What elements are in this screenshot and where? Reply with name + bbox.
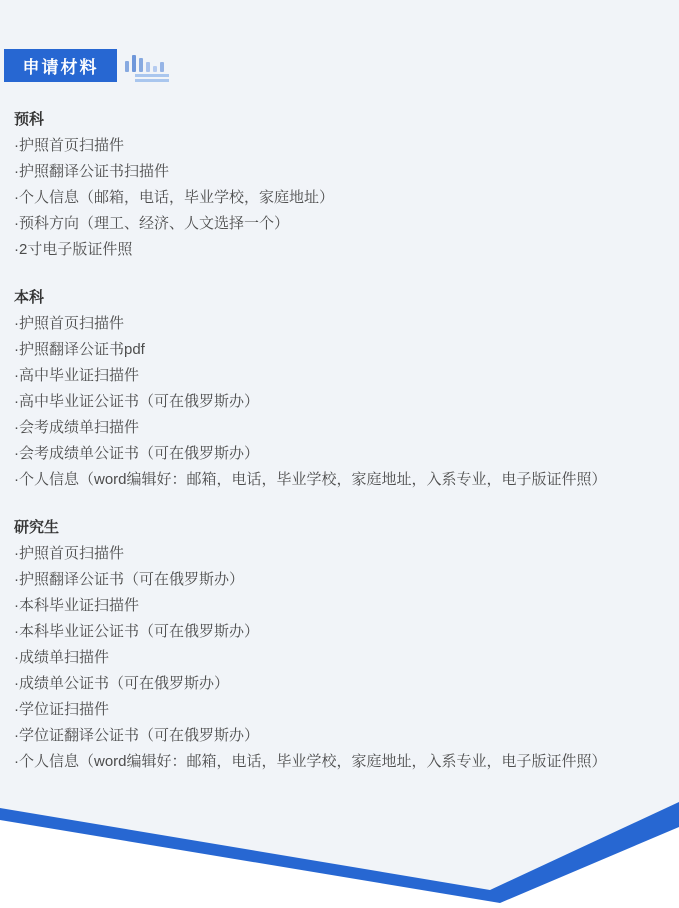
list-item: ·护照首页扫描件 <box>14 133 665 159</box>
badge-label: 申请材料 <box>23 53 99 78</box>
list-item: ·护照翻译公证书（可在俄罗斯办） <box>14 567 665 593</box>
section-title-badge: 申请材料 <box>4 49 117 82</box>
page: 申请材料 预科·护照首页扫描件·护照翻译公证书扫描件·个人信息（邮箱，电话，毕业… <box>0 0 679 908</box>
content-panel: 申请材料 预科·护照首页扫描件·护照翻译公证书扫描件·个人信息（邮箱，电话，毕业… <box>0 0 679 908</box>
list-item: ·个人信息（word编辑好：邮箱，电话，毕业学校，家庭地址，入系专业，电子版证件… <box>14 467 665 493</box>
list-item: ·高中毕业证公证书（可在俄罗斯办） <box>14 389 665 415</box>
bar-icon-bar <box>132 55 136 72</box>
list-item: ·个人信息（word编辑好：邮箱，电话，毕业学校，家庭地址，入系专业，电子版证件… <box>14 749 665 775</box>
list-item: ·成绩单公证书（可在俄罗斯办） <box>14 671 665 697</box>
material-section: 预科·护照首页扫描件·护照翻译公证书扫描件·个人信息（邮箱，电话，毕业学校，家庭… <box>14 107 665 263</box>
bar-icon-bar <box>146 62 150 72</box>
list-item: ·预科方向（理工、经济、人文选择一个） <box>14 211 665 237</box>
list-item: ·个人信息（邮箱，电话，毕业学校，家庭地址） <box>14 185 665 211</box>
bar-icon-bar <box>139 58 143 72</box>
list-item: ·高中毕业证扫描件 <box>14 363 665 389</box>
list-item: ·本科毕业证公证书（可在俄罗斯办） <box>14 619 665 645</box>
list-item: ·学位证扫描件 <box>14 697 665 723</box>
list-item: ·学位证翻译公证书（可在俄罗斯办） <box>14 723 665 749</box>
bar-icon-underline <box>135 74 169 77</box>
bar-chart-icon <box>125 54 173 82</box>
bar-icon-bar <box>125 61 129 72</box>
material-section: 本科·护照首页扫描件·护照翻译公证书pdf·高中毕业证扫描件·高中毕业证公证书（… <box>14 285 665 493</box>
section-title: 研究生 <box>14 515 665 541</box>
section-title: 预科 <box>14 107 665 133</box>
list-item: ·会考成绩单扫描件 <box>14 415 665 441</box>
list-item: ·成绩单扫描件 <box>14 645 665 671</box>
bar-icon-bar <box>153 66 157 72</box>
bar-icon-underline <box>135 79 169 82</box>
list-item: ·2寸电子版证件照 <box>14 237 665 263</box>
material-section: 研究生·护照首页扫描件·护照翻译公证书（可在俄罗斯办）·本科毕业证扫描件·本科毕… <box>14 515 665 775</box>
materials-list: 预科·护照首页扫描件·护照翻译公证书扫描件·个人信息（邮箱，电话，毕业学校，家庭… <box>14 107 665 775</box>
list-item: ·护照翻译公证书pdf <box>14 337 665 363</box>
list-item: ·护照首页扫描件 <box>14 541 665 567</box>
list-item: ·护照翻译公证书扫描件 <box>14 159 665 185</box>
list-item: ·会考成绩单公证书（可在俄罗斯办） <box>14 441 665 467</box>
list-item: ·护照首页扫描件 <box>14 311 665 337</box>
section-title: 本科 <box>14 285 665 311</box>
bar-icon-bar <box>160 62 164 72</box>
bar-chart-icon-bars <box>125 54 173 72</box>
list-item: ·本科毕业证扫描件 <box>14 593 665 619</box>
